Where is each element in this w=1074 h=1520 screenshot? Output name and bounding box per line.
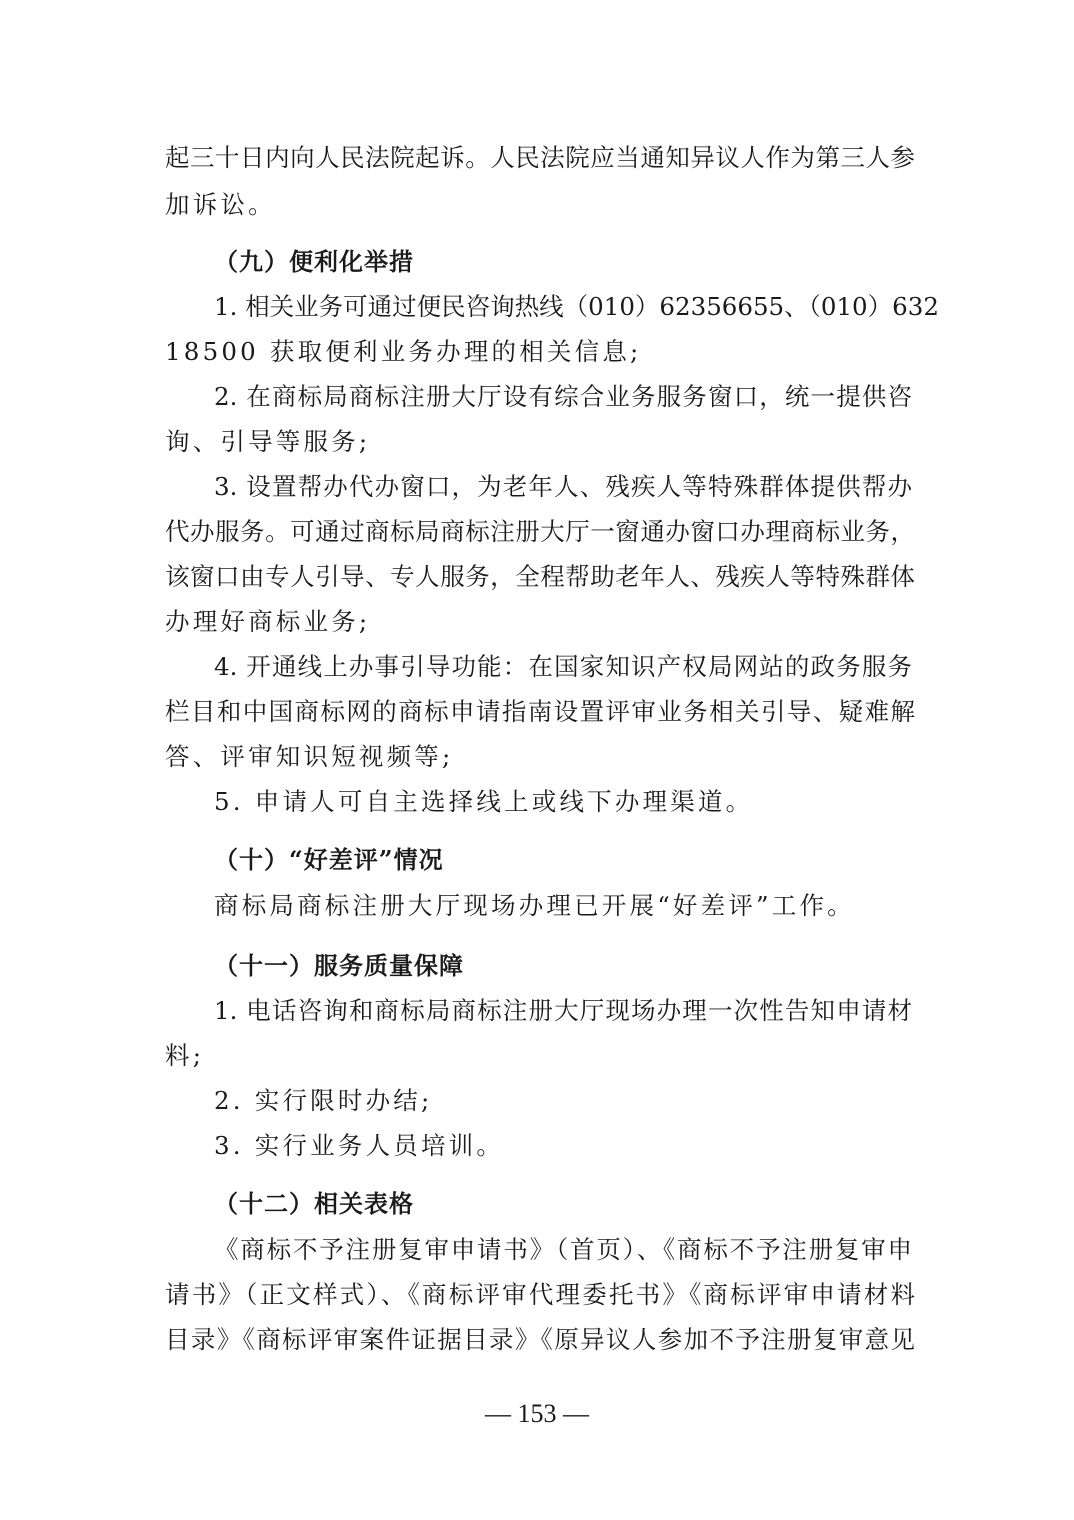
list-item-line: 栏目和中国商标网的商标申请指南设置评审业务相关引导、疑难解 xyxy=(165,692,915,732)
list-item-line: 5. 申请人可自主选择线上或线下办理渠道。 xyxy=(214,782,964,822)
paragraph-line: 商标局商标注册大厅现场办理已开展“好差评”工作。 xyxy=(214,886,964,926)
paragraph-line: 目录》《商标评审案件证据目录》《原异议人参加不予注册复审意见 xyxy=(165,1320,915,1360)
list-item-line: 询、引导等服务; xyxy=(165,422,915,462)
list-item-line: 料; xyxy=(165,1036,915,1076)
list-item-line: 2. 实行限时办结; xyxy=(214,1081,964,1121)
paragraph-line: 加诉讼。 xyxy=(165,185,915,225)
list-item-line: 答、评审知识短视频等; xyxy=(165,737,915,777)
section-heading-11: （十一）服务质量保障 xyxy=(214,946,464,986)
paragraph-line: 《商标不予注册复审申请书》（首页）、《商标不予注册复审申 xyxy=(214,1230,912,1270)
list-item-line: 办理好商标业务; xyxy=(165,602,915,642)
list-item-line: 4. 开通线上办事引导功能：在国家知识产权局网站的政务服务 xyxy=(214,647,912,687)
document-page: 起三十日内向人民法院起诉。人民法院应当通知异议人作为第三人参 加诉讼。 （九）便… xyxy=(0,0,1074,1520)
list-item-line: 代办服务。可通过商标局商标注册大厅一窗通办窗口办理商标业务， xyxy=(165,512,915,552)
paragraph-line: 请书》（正文样式）、《商标评审代理委托书》《商标评审申请材料 xyxy=(165,1275,915,1315)
section-heading-9: （九）便利化举措 xyxy=(214,242,414,282)
list-item-line: 3. 实行业务人员培训。 xyxy=(214,1126,964,1166)
list-item-line: 1. 电话咨询和商标局商标注册大厅现场办理一次性告知申请材 xyxy=(214,991,912,1031)
list-item-line: 18500 获取便利业务办理的相关信息; xyxy=(165,332,915,372)
section-heading-10: （十）“好差评”情况 xyxy=(214,840,444,880)
section-heading-12: （十二）相关表格 xyxy=(214,1184,414,1224)
list-item-line: 2. 在商标局商标注册大厅设有综合业务服务窗口，统一提供咨 xyxy=(214,377,912,417)
list-item-line: 该窗口由专人引导、专人服务，全程帮助老年人、残疾人等特殊群体 xyxy=(165,557,915,597)
paragraph-line: 起三十日内向人民法院起诉。人民法院应当通知异议人作为第三人参 xyxy=(165,138,915,178)
list-item-line: 1. 相关业务可通过便民咨询热线（010）62356655、（010）632 xyxy=(214,287,912,327)
list-item-line: 3. 设置帮办代办窗口，为老年人、残疾人等特殊群体提供帮办 xyxy=(214,467,912,507)
page-number: — 153 — xyxy=(0,1394,1074,1434)
